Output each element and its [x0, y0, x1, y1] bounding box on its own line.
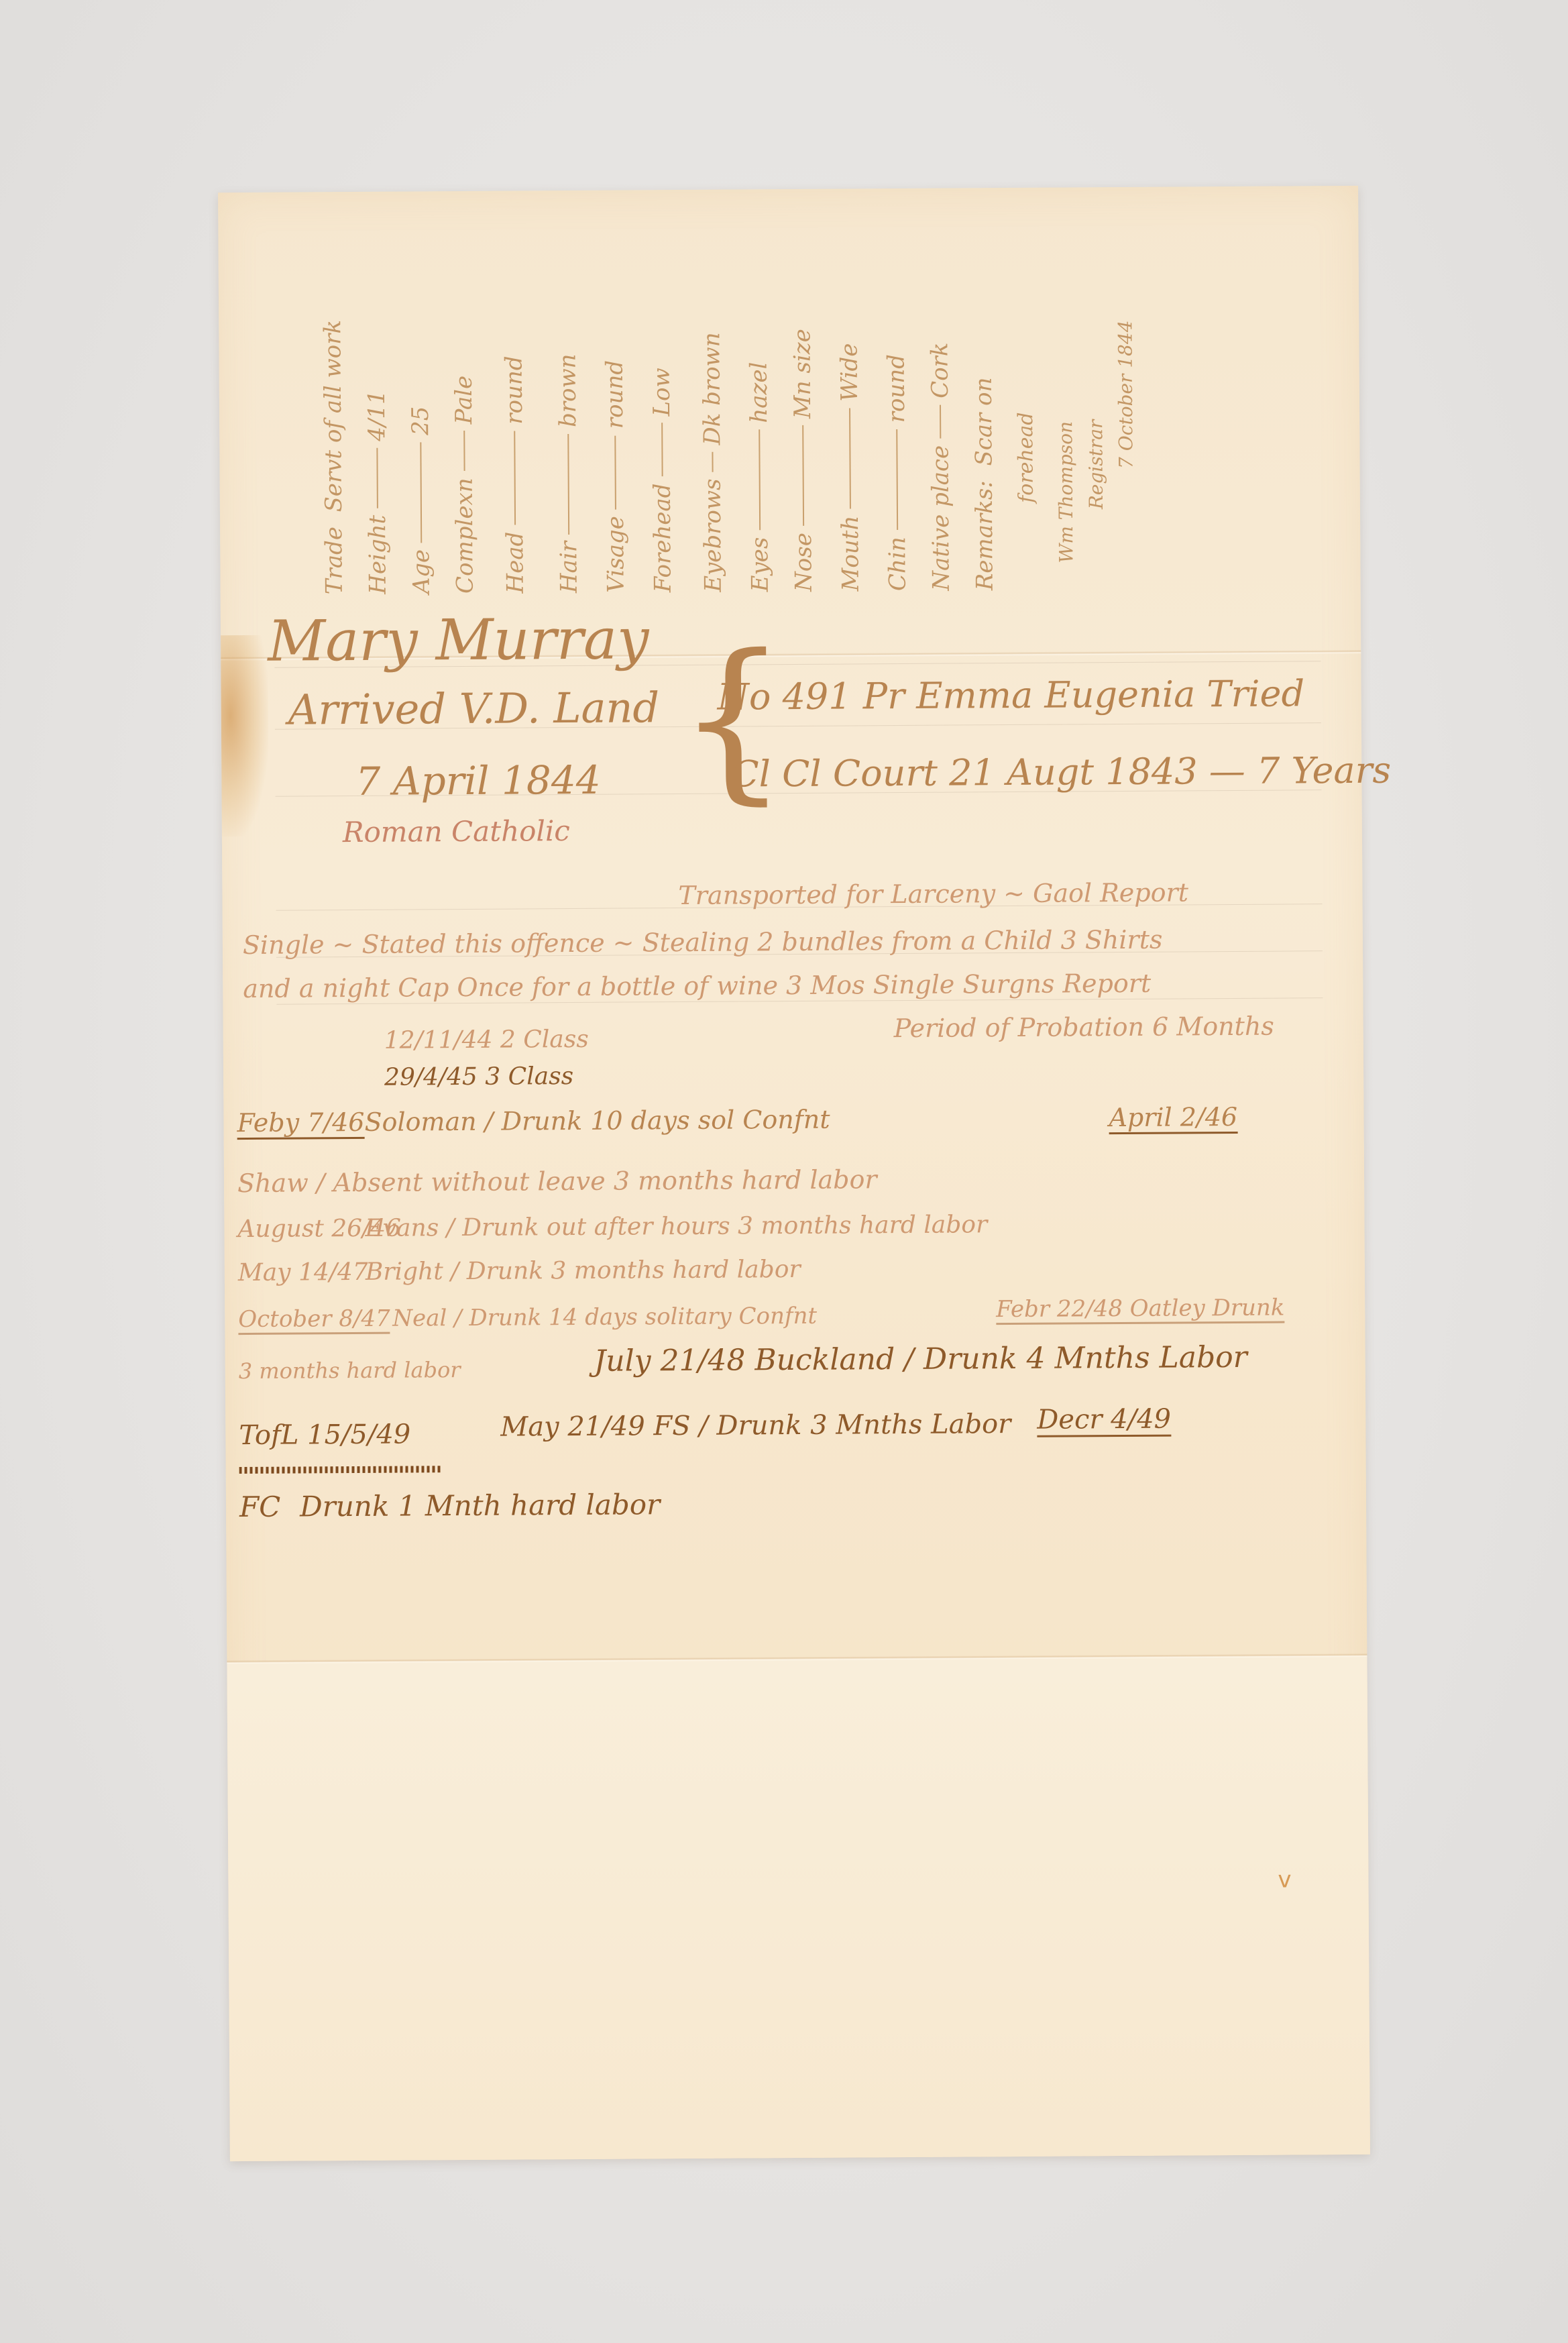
conduct-entry-3: August 26/46 Evans / Drunk out after hou… — [237, 1209, 1351, 1248]
desc-native-place: Native placeCork — [926, 342, 954, 590]
conduct-entry-4: May 14/47 Bright / Drunk 3 months hard l… — [238, 1252, 1351, 1291]
court-line: Cl Cl Court 21 Augt 1843 — 7 Years — [731, 749, 1391, 796]
corner-mark: v — [1278, 1866, 1291, 1893]
desc-complexion: ComplexnPale — [451, 376, 479, 594]
desc-visage: Visageround — [602, 360, 630, 593]
desc-eyebrows: EyebrowsDk brown — [698, 332, 726, 592]
offence-line-2: and a night Cap Once for a bottle of win… — [243, 969, 1151, 1003]
squiggle-divider — [239, 1466, 441, 1474]
offence-line-3: Period of Probation 6 Months — [894, 1012, 1274, 1043]
desc-height: Height4/11 — [363, 390, 392, 594]
desc-remarks-cont: forehead — [1014, 412, 1038, 503]
class-entry-1: 12/11/44 2 Class — [384, 1026, 589, 1054]
desc-forehead: ForeheadLow — [649, 368, 677, 592]
desc-mouth: MouthWide — [836, 343, 864, 591]
conduct-entry-1: Feby 7/46 Soloman / Drunk 10 days sol Co… — [237, 1101, 1350, 1140]
water-stain — [221, 635, 269, 836]
conduct-entry-8: FC Drunk 1 Mnth hard labor — [239, 1484, 1353, 1525]
religion: Roman Catholic — [343, 814, 570, 849]
desc-trade: Trade Servt of all work — [319, 320, 347, 594]
conduct-entry-2: Shaw / Absent without leave 3 months har… — [237, 1162, 1351, 1201]
signature-date: 7 October 1844 — [1114, 320, 1137, 469]
offence-heading: Transported for Larceny ~ Gaol Report — [678, 877, 1188, 910]
convict-name: Mary Murray — [268, 606, 649, 673]
desc-eyes: Eyeshazel — [746, 362, 774, 592]
document-sheet: Trade Servt of all work Height4/11 Age25… — [218, 186, 1370, 2161]
signature-name: Wm Thompson — [1054, 421, 1077, 563]
signature-title: Registrar — [1084, 420, 1107, 510]
class-entry-2: 29/4/45 3 Class — [384, 1062, 573, 1091]
ship-line: No 491 Pr Emma Eugenia Tried — [717, 672, 1304, 718]
folded-lower-panel — [227, 1656, 1370, 2161]
desc-age: Age25 — [407, 406, 435, 594]
desc-chin: Chinround — [883, 354, 911, 591]
desc-hair: Hairbrown — [555, 353, 583, 593]
arrival-line: Arrived V.D. Land — [288, 683, 660, 734]
desc-head: Headround — [501, 356, 529, 593]
conduct-entry-7: TofL 15/5/49 May 21/49 FS / Drunk 3 Mnth… — [239, 1407, 1352, 1448]
desc-remarks: Remarks: Scar on — [970, 377, 999, 590]
offence-line-1: Single ~ Stated this offence ~ Stealing … — [243, 925, 1163, 960]
arrival-date: 7 April 1844 — [355, 757, 601, 804]
desc-nose: NoseMn size — [789, 329, 817, 592]
conduct-entry-6: 3 months hard labor July 21/48 Buckland … — [239, 1346, 1352, 1388]
conduct-entry-5: October 8/47 Neal / Drunk 14 days solita… — [238, 1299, 1351, 1338]
